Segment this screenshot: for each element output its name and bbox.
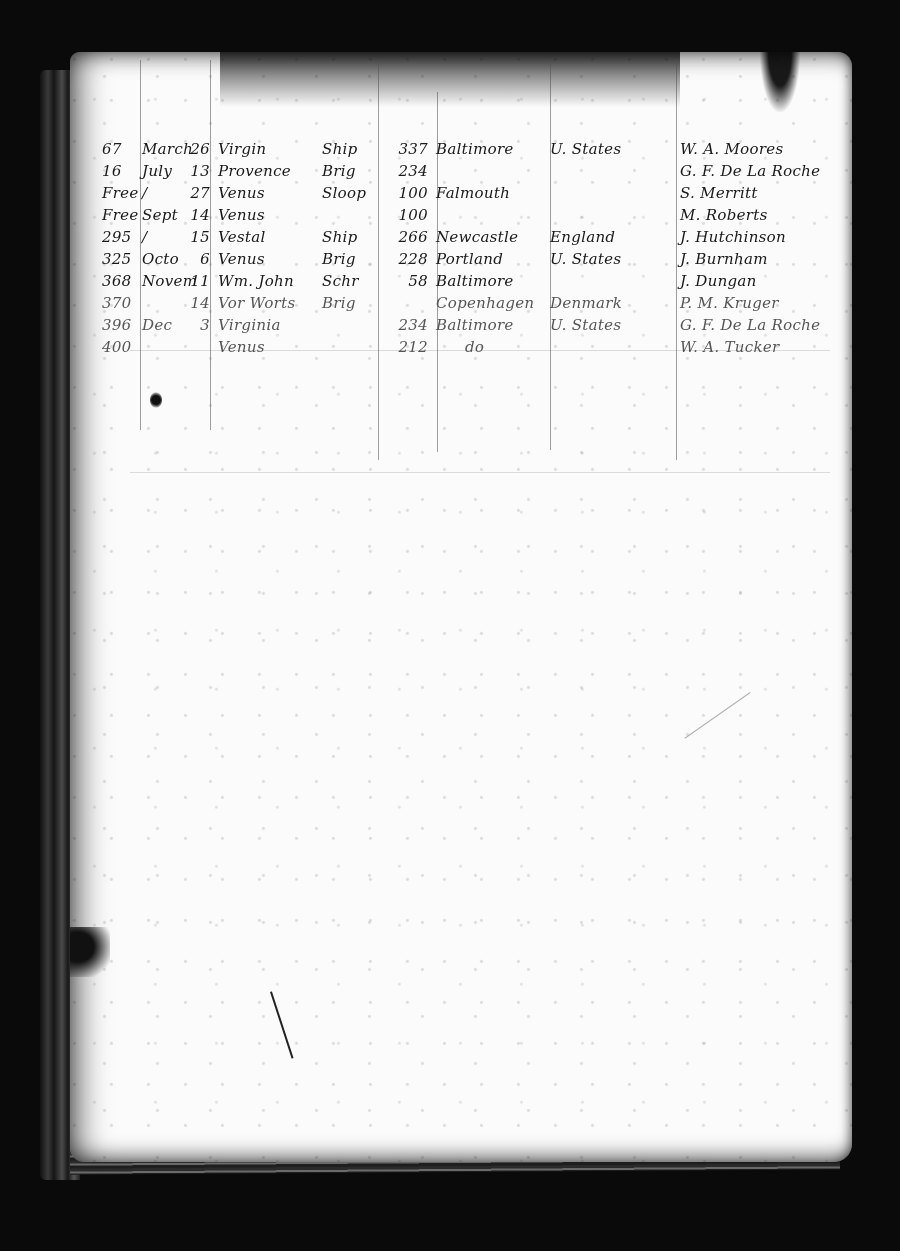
- entry-day: 6: [188, 250, 210, 268]
- vessel-rig: Schr: [322, 272, 372, 290]
- ink-blot: [150, 392, 162, 408]
- vessel-tons: 228: [382, 250, 428, 268]
- vessel-master: M. Roberts: [680, 206, 850, 224]
- vessel-country: U. States: [550, 140, 660, 158]
- entry-day: 27: [188, 184, 210, 202]
- vessel-tons: 100: [382, 184, 428, 202]
- entry-month: March: [142, 140, 194, 158]
- vessel-tons: 337: [382, 140, 428, 158]
- row-rule: [130, 472, 830, 473]
- vessel-tons: 234: [382, 316, 428, 334]
- vessel-master: W. A. Tucker: [680, 338, 850, 356]
- entry-day: 26: [188, 140, 210, 158]
- ledger-row: 368 Novem 11 Wm. John Schr 58 Baltimore …: [70, 272, 852, 294]
- entry-number: 400: [102, 338, 142, 356]
- vessel-country: England: [550, 228, 660, 246]
- ledger-row: 16 July 13 Provence Brig 234 G. F. De La…: [70, 162, 852, 184]
- vessel-name: Virginia: [218, 316, 358, 334]
- ledger-row: Free Sept 14 Venus 100 M. Roberts: [70, 206, 852, 228]
- vessel-country: U. States: [550, 250, 660, 268]
- vessel-master: J. Burnham: [680, 250, 850, 268]
- ledger-page: 67 March 26 Virgin Ship 337 Baltimore U.…: [70, 52, 852, 1162]
- vessel-rig: Brig: [322, 250, 372, 268]
- entry-day: 11: [188, 272, 210, 290]
- vessel-port: do: [465, 338, 585, 356]
- entry-number: 396: [102, 316, 142, 334]
- entry-month: Octo: [142, 250, 194, 268]
- fold-shadow: [760, 52, 800, 112]
- vessel-rig: Ship: [322, 140, 372, 158]
- vessel-country: U. States: [550, 316, 660, 334]
- vessel-rig: Sloop: [322, 184, 372, 202]
- vessel-master: G. F. De La Roche: [680, 316, 850, 334]
- ledger-row: Free / 27 Venus Sloop 100 Falmouth S. Me…: [70, 184, 852, 206]
- vessel-tons: 266: [382, 228, 428, 246]
- entry-month: Dec: [142, 316, 194, 334]
- entry-month: Sept: [142, 206, 194, 224]
- entry-month: /: [142, 228, 194, 246]
- vessel-port: Copenhagen: [436, 294, 556, 312]
- vessel-port: Portland: [436, 250, 556, 268]
- entry-month: July: [142, 162, 194, 180]
- vessel-rig: Brig: [322, 162, 372, 180]
- vessel-rig: Brig: [322, 294, 372, 312]
- vessel-port: Baltimore: [436, 316, 556, 334]
- vessel-tons: 212: [382, 338, 428, 356]
- entry-number: Free: [102, 206, 142, 224]
- edge-stain: [70, 927, 110, 977]
- vessel-port: Newcastle: [436, 228, 556, 246]
- vessel-tons: 234: [382, 162, 428, 180]
- vessel-tons: 100: [382, 206, 428, 224]
- entry-number: 295: [102, 228, 142, 246]
- entry-day: 15: [188, 228, 210, 246]
- vessel-master: P. M. Kruger: [680, 294, 850, 312]
- vessel-master: J. Dungan: [680, 272, 850, 290]
- entry-number: 67: [102, 140, 142, 158]
- vessel-name: Venus: [218, 206, 358, 224]
- ledger-row: 67 March 26 Virgin Ship 337 Baltimore U.…: [70, 140, 852, 162]
- entry-day: 13: [188, 162, 210, 180]
- vessel-name: Venus: [218, 338, 358, 356]
- vessel-master: G. F. De La Roche: [680, 162, 850, 180]
- entry-number: 368: [102, 272, 142, 290]
- entry-month: /: [142, 184, 194, 202]
- vessel-port: Baltimore: [436, 272, 556, 290]
- ledger-row: 370 14 Vor Worts Brig Copenhagen Denmark…: [70, 294, 852, 316]
- ledger-row: 400 Venus 212 do W. A. Tucker: [70, 338, 852, 360]
- entry-month: Novem: [142, 272, 194, 290]
- top-scan-shadow: [220, 52, 680, 107]
- vessel-port: Baltimore: [436, 140, 556, 158]
- entry-number: 370: [102, 294, 142, 312]
- entry-day: 14: [188, 294, 210, 312]
- vessel-port: Falmouth: [436, 184, 556, 202]
- vessel-master: W. A. Moores: [680, 140, 850, 158]
- entry-day: 3: [188, 316, 210, 334]
- entry-day: 14: [188, 206, 210, 224]
- ledger-row: 396 Dec 3 Virginia 234 Baltimore U. Stat…: [70, 316, 852, 338]
- ledger-row: 325 Octo 6 Venus Brig 228 Portland U. St…: [70, 250, 852, 272]
- ledger-row: 295 / 15 Vestal Ship 266 Newcastle Engla…: [70, 228, 852, 250]
- entry-number: 325: [102, 250, 142, 268]
- vessel-master: S. Merritt: [680, 184, 850, 202]
- entry-number: Free: [102, 184, 142, 202]
- entry-number: 16: [102, 162, 142, 180]
- vessel-master: J. Hutchinson: [680, 228, 850, 246]
- vessel-country: Denmark: [550, 294, 660, 312]
- vessel-rig: Ship: [322, 228, 372, 246]
- vessel-tons: 58: [382, 272, 428, 290]
